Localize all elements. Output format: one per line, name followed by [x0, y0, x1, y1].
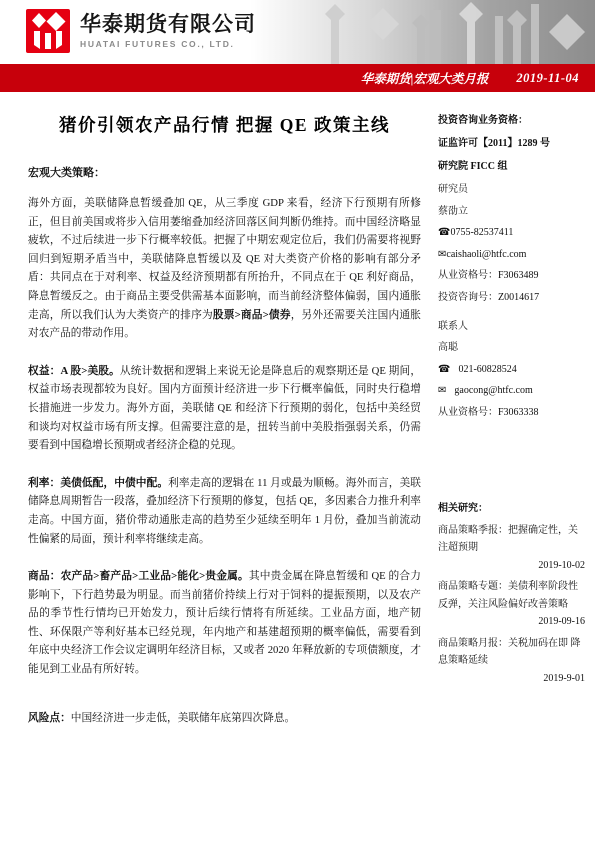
report-type-banner: 华泰期货|宏观大类月报 2019-11-04: [0, 64, 595, 92]
related-research-item[interactable]: 商品策略月报：关税加码在即 降息策略延续2019-9-01: [438, 635, 585, 688]
researcher-advisory-number: 投资咨询号：Z0014617: [438, 292, 585, 304]
company-logo-icon: [26, 9, 70, 53]
report-title: 猪价引领农产品行情 把握 QE 政策主线: [28, 112, 421, 137]
researcher-phone: 0755-82537411: [450, 227, 513, 238]
logo-lockup: 华泰期货有限公司 HUATAI FUTURES CO., LTD.: [26, 9, 256, 53]
qualification-line: 投资咨询业务资格：: [438, 115, 585, 127]
company-name-en: HUATAI FUTURES CO., LTD.: [80, 39, 256, 49]
researcher-reg-number: 从业资格号：F3063489: [438, 270, 585, 282]
contact-block: 联系人 高聪 ☎021-60828524 ✉gaocong@htfc.com 从…: [438, 321, 585, 419]
contact-role: 联系人: [438, 321, 585, 333]
qualification-line: 证监许可【2011】1289 号: [438, 138, 585, 150]
phone-icon: ☎: [438, 227, 450, 238]
qualification-block: 投资咨询业务资格： 证监许可【2011】1289 号 研究院 FICC 组: [438, 115, 585, 173]
phone-icon: ☎: [438, 364, 450, 375]
email-icon: ✉: [438, 385, 446, 396]
researcher-role: 研究员: [438, 184, 585, 196]
contact-name: 高聪: [438, 342, 585, 354]
contact-phone: 021-60828524: [458, 364, 516, 375]
company-name-cn: 华泰期货有限公司: [80, 13, 256, 37]
related-research-date: 2019-9-01: [438, 670, 585, 688]
researcher-email[interactable]: caishaoli@htfc.com: [446, 249, 526, 260]
report-page: 华泰期货有限公司 HUATAI FUTURES CO., LTD. 华泰期货|宏…: [0, 0, 595, 842]
related-research-item[interactable]: 商品策略季报：把握确定性，关注超预期2019-10-02: [438, 522, 585, 575]
related-research-title[interactable]: 商品策略专题：美债利率阶段性反弹，关注风险偏好改善策略: [438, 578, 585, 613]
related-research-item[interactable]: 商品策略专题：美债利率阶段性反弹，关注风险偏好改善策略2019-09-16: [438, 578, 585, 631]
sidebar: 投资咨询业务资格： 证监许可【2011】1289 号 研究院 FICC 组 研究…: [438, 92, 585, 746]
header-deco-pattern: [295, 0, 595, 64]
strategy-paragraphs: 海外方面，美联储降息暂缓叠加 QE，从三季度 GDP 来看，经济下行预期有所修正…: [28, 194, 421, 727]
related-research-title[interactable]: 商品策略月报：关税加码在即 降息策略延续: [438, 635, 585, 670]
related-research-block: 相关研究： 商品策略季报：把握确定性，关注超预期2019-10-02商品策略专题…: [438, 503, 585, 688]
researcher-block: 研究员 蔡劭立 ☎0755-82537411 ✉caishaoli@htfc.c…: [438, 184, 585, 304]
qualification-line: 研究院 FICC 组: [438, 161, 585, 173]
related-research-date: 2019-10-02: [438, 557, 585, 575]
contact-email[interactable]: gaocong@htfc.com: [454, 385, 532, 396]
related-research-date: 2019-09-16: [438, 613, 585, 631]
strategy-paragraph: 权益：A 股>美股。从统计数据和逻辑上来说无论是降息后的观察期还是 QE 期间，…: [28, 362, 421, 455]
related-research-heading: 相关研究：: [438, 503, 585, 515]
banner-category: 华泰期货|宏观大类月报: [361, 69, 489, 87]
strategy-paragraph: 风险点：中国经济进一步走低，美联储年底第四次降息。: [28, 709, 421, 728]
researcher-name: 蔡劭立: [438, 206, 585, 218]
content: 猪价引领农产品行情 把握 QE 政策主线 宏观大类策略： 海外方面，美联储降息暂…: [0, 92, 595, 746]
related-research-title[interactable]: 商品策略季报：把握确定性，关注超预期: [438, 522, 585, 557]
report-body: 猪价引领农产品行情 把握 QE 政策主线 宏观大类策略： 海外方面，美联储降息暂…: [28, 92, 421, 746]
strategy-heading: 宏观大类策略：: [28, 164, 421, 180]
strategy-paragraph: 海外方面，美联储降息暂缓叠加 QE，从三季度 GDP 来看，经济下行预期有所修正…: [28, 194, 421, 343]
strategy-paragraph: 商品：农产品>畜产品>工业品>能化>贵金属。其中贵金属在降息暂缓和 QE 的合力…: [28, 567, 421, 679]
contact-reg-number: 从业资格号：F3063338: [438, 407, 585, 419]
header: 华泰期货有限公司 HUATAI FUTURES CO., LTD.: [0, 0, 595, 64]
related-research-list: 商品策略季报：把握确定性，关注超预期2019-10-02商品策略专题：美债利率阶…: [438, 522, 585, 688]
strategy-paragraph: 利率：美债低配，中债中配。利率走高的逻辑在 11 月或最为顺畅。海外而言，美联储…: [28, 474, 421, 548]
banner-date: 2019-11-04: [516, 71, 579, 86]
